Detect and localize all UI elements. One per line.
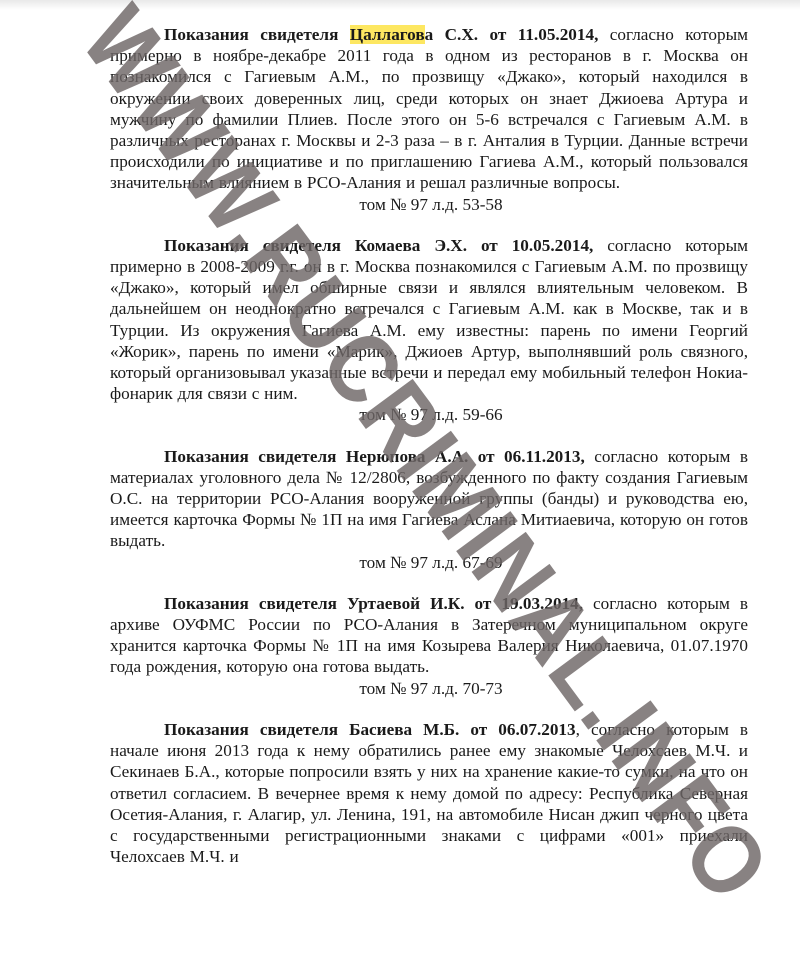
- highlighted-surname: Цаллагов: [350, 25, 425, 44]
- heading-prefix: Показания свидетеля: [164, 25, 350, 44]
- volume-reference: том № 97 л.д. 53-58: [110, 194, 748, 215]
- volume-reference: том № 97 л.д. 67-69: [110, 552, 748, 573]
- testimony-body: , согласно которым в начале июня 2013 го…: [110, 720, 748, 866]
- volume-reference: том № 97 л.д. 70-73: [110, 678, 748, 699]
- testimony-body: согласно которым примерно в ноябре-декаб…: [110, 25, 748, 192]
- heading-suffix: а С.Х. от 11.05.2014,: [425, 25, 599, 44]
- testimony-paragraph-tsallagov: Показания свидетеля Цаллагова С.Х. от 11…: [110, 24, 748, 194]
- volume-reference: том № 97 л.д. 59-66: [110, 404, 748, 425]
- testimony-paragraph-komaev: Показания свидетеля Комаева Э.Х. от 10.0…: [110, 235, 748, 405]
- testimony-heading: Показания свидетеля Нерюпова А.А. от 06.…: [164, 447, 585, 466]
- testimony-heading: Показания свидетеля Цаллагова С.Х. от 11…: [164, 25, 598, 44]
- testimony-paragraph-neryupov: Показания свидетеля Нерюпова А.А. от 06.…: [110, 446, 748, 552]
- testimony-paragraph-basiev: Показания свидетеля Басиева М.Б. от 06.0…: [110, 719, 748, 867]
- document-page: Показания свидетеля Цаллагова С.Х. от 11…: [110, 24, 748, 867]
- testimony-heading: Показания свидетеля Комаева Э.Х. от 10.0…: [164, 236, 593, 255]
- testimony-heading: Показания свидетеля Басиева М.Б. от 06.0…: [164, 720, 576, 739]
- testimony-heading: Показания свидетеля Уртаевой И.К. от 19.…: [164, 594, 583, 613]
- page-top-edge: [0, 0, 800, 10]
- testimony-paragraph-urtaeva: Показания свидетеля Уртаевой И.К. от 19.…: [110, 593, 748, 678]
- testimony-body: согласно которым примерно в 2008-2009 г.…: [110, 236, 748, 403]
